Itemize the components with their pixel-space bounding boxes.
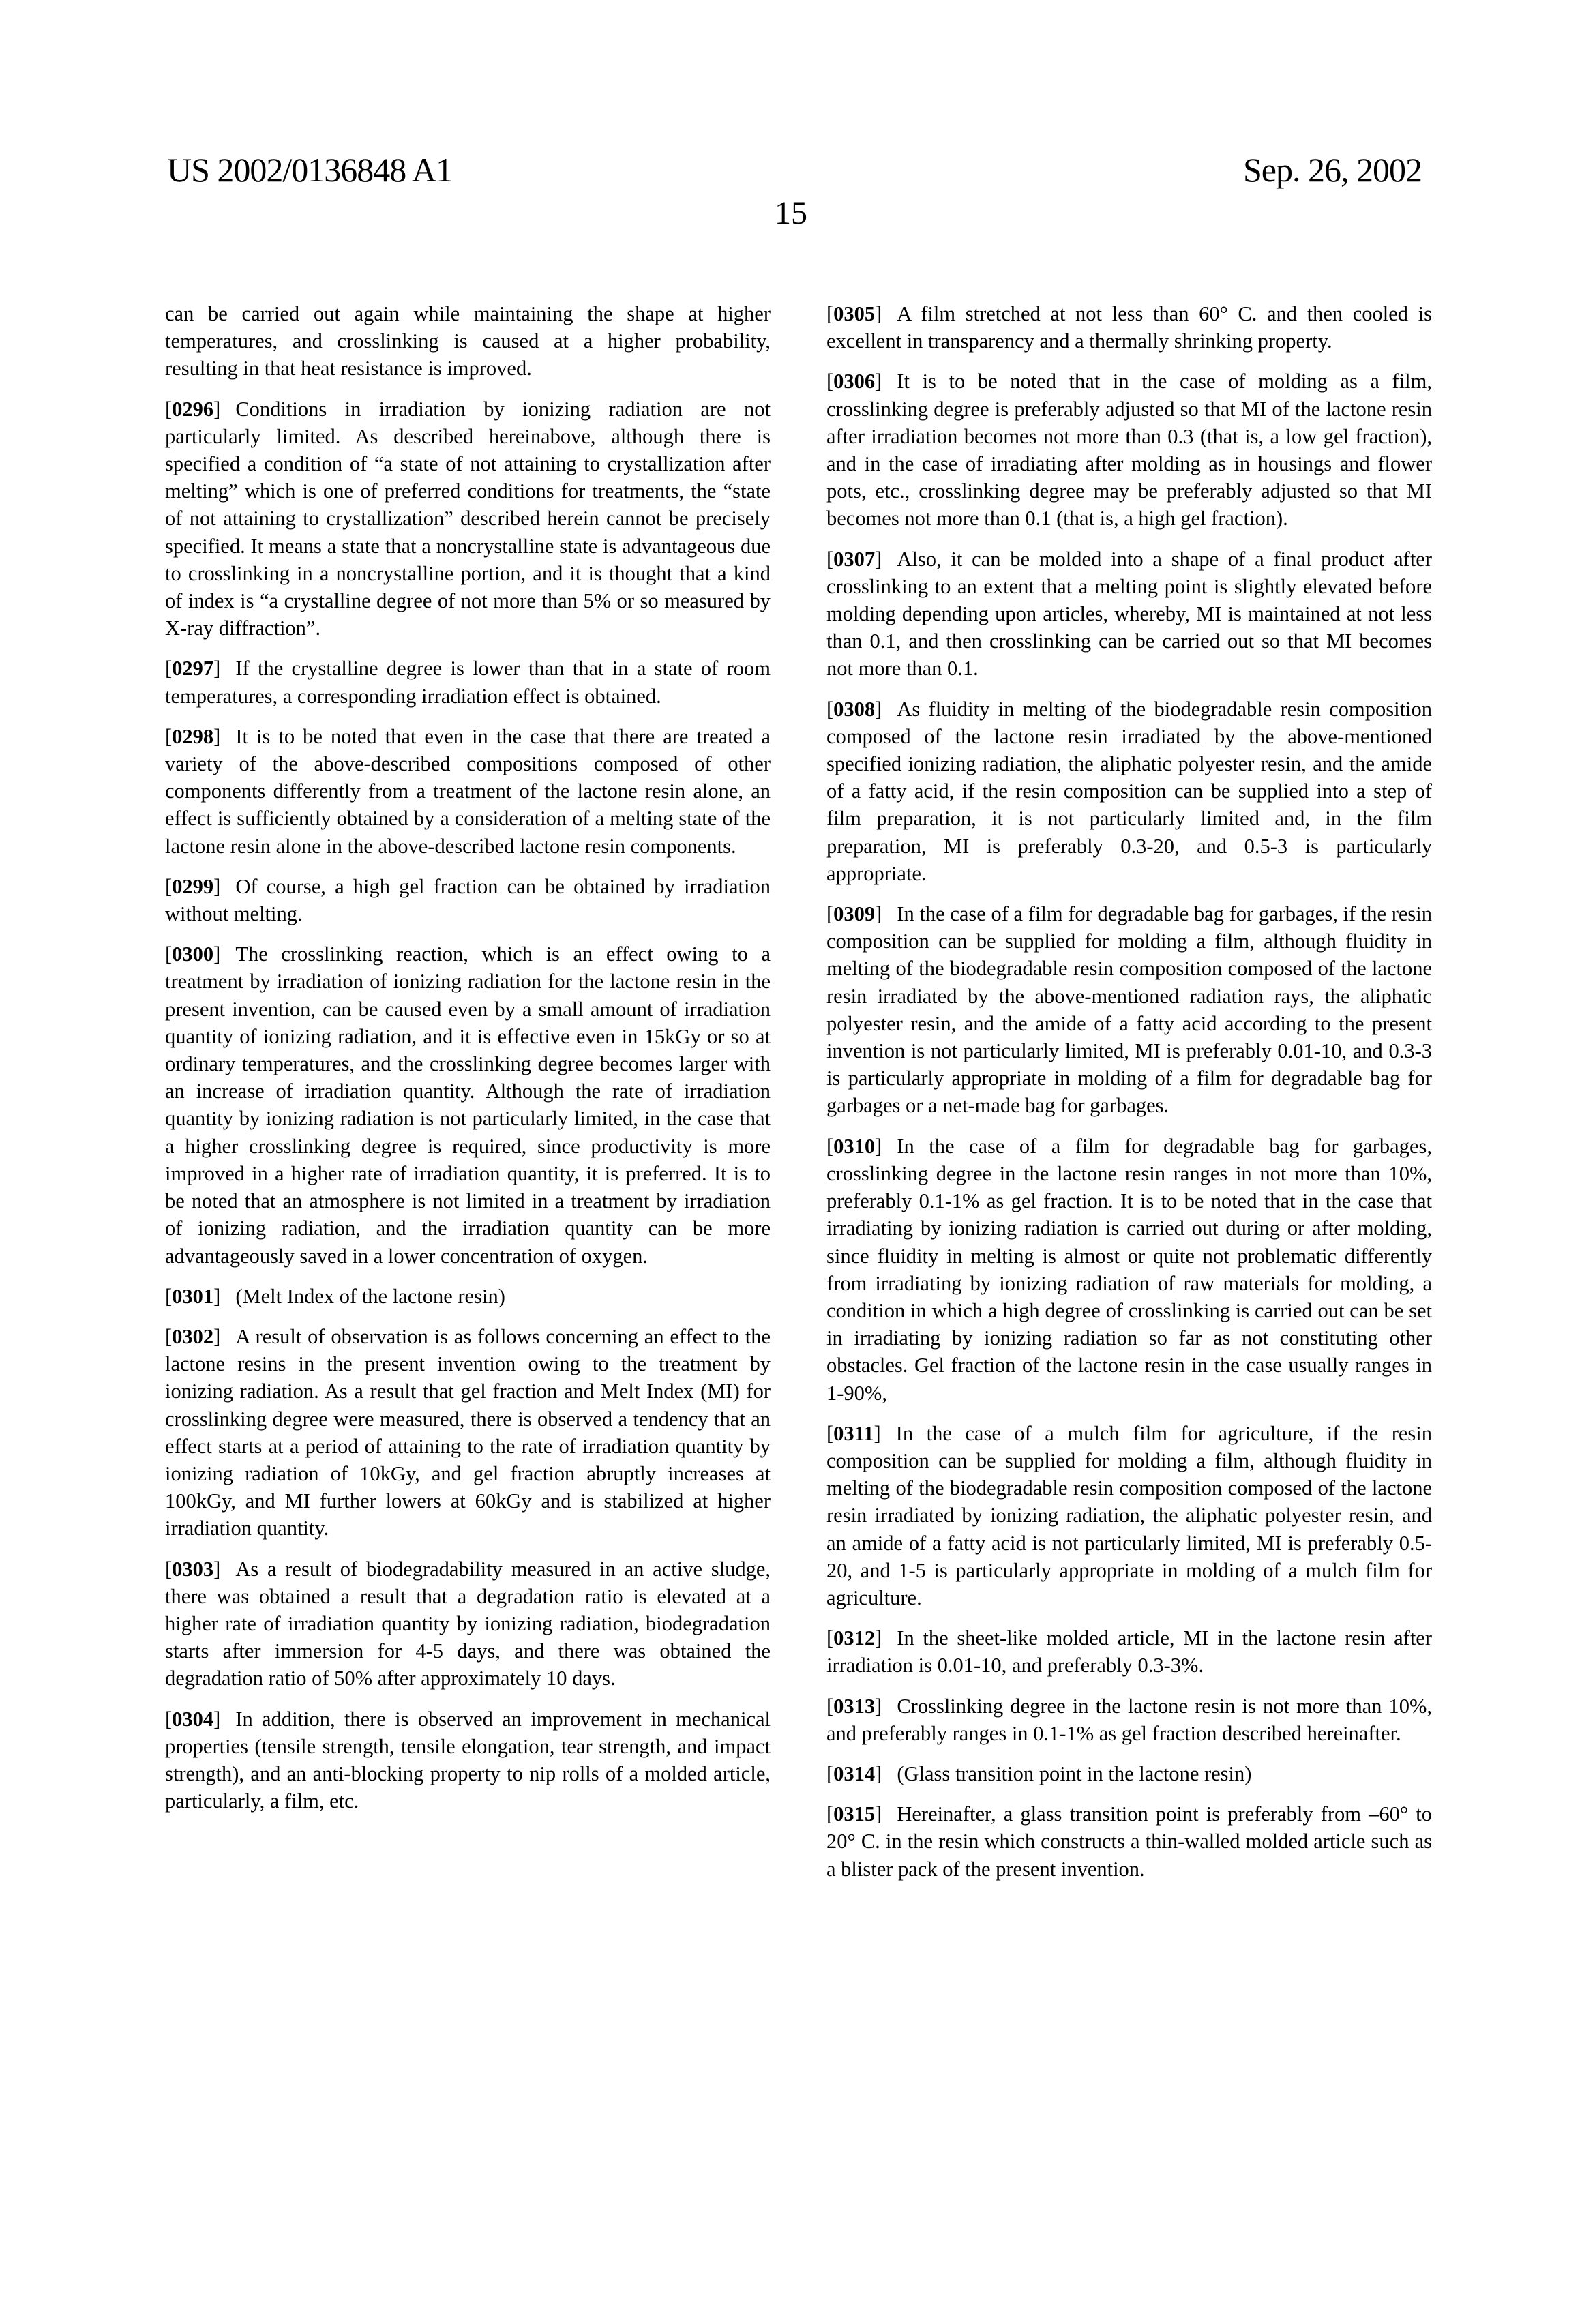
paragraph-number: [0299] xyxy=(165,875,220,898)
paragraph-text: As fluidity in melting of the biodegrada… xyxy=(826,698,1432,885)
paragraph-number: [0310] xyxy=(826,1135,882,1158)
paragraph-text: A result of observation is as follows co… xyxy=(165,1325,771,1540)
paragraph-text: In addition, there is observed an improv… xyxy=(165,1708,771,1813)
right-column: [0305]A film stretched at not less than … xyxy=(826,300,1432,1896)
paragraph-number: [0308] xyxy=(826,698,882,721)
page-number: 15 xyxy=(0,194,1582,232)
paragraph-0313: [0313]Crosslinking degree in the lactone… xyxy=(826,1693,1432,1747)
paragraph-text: It is to be noted that even in the case … xyxy=(165,725,771,858)
paragraph-number: [0300] xyxy=(165,942,220,966)
paragraph-0299: [0299]Of course, a high gel fraction can… xyxy=(165,873,771,927)
paragraph-number: [0311] xyxy=(826,1422,881,1445)
paragraph-number: [0302] xyxy=(165,1325,220,1348)
paragraph-0304: [0304]In addition, there is observed an … xyxy=(165,1705,771,1815)
paragraph-0305: [0305]A film stretched at not less than … xyxy=(826,300,1432,355)
paragraph-text: Hereinafter, a glass transition point is… xyxy=(826,1802,1432,1880)
paragraph-0315: [0315]Hereinafter, a glass transition po… xyxy=(826,1800,1432,1883)
paragraph-0310: [0310]In the case of a film for degradab… xyxy=(826,1133,1432,1407)
paragraph-0314: [0314](Glass transition point in the lac… xyxy=(826,1760,1432,1787)
paragraph-number: [0305] xyxy=(826,302,882,325)
paragraph-0297: [0297]If the crystalline degree is lower… xyxy=(165,655,771,709)
paragraph-0298: [0298]It is to be noted that even in the… xyxy=(165,723,771,860)
paragraph-text: In the case of a mulch film for agricult… xyxy=(826,1422,1432,1609)
paragraph-number: [0297] xyxy=(165,657,220,680)
paragraph-0303: [0303]As a result of biodegradability me… xyxy=(165,1555,771,1693)
publication-date: Sep. 26, 2002 xyxy=(1243,150,1422,190)
paragraph-0312: [0312]In the sheet-like molded article, … xyxy=(826,1624,1432,1679)
left-column: can be carried out again while maintaini… xyxy=(165,300,771,1828)
paragraph-number: [0304] xyxy=(165,1708,220,1731)
paragraph-0306: [0306]It is to be noted that in the case… xyxy=(826,368,1432,532)
paragraph-number: [0309] xyxy=(826,902,882,925)
paragraph-text: In the case of a film for degradable bag… xyxy=(826,902,1432,1117)
paragraph-text: As a result of biodegradability measured… xyxy=(165,1558,771,1690)
paragraph-number: [0314] xyxy=(826,1762,882,1785)
paragraph-text: Also, it can be molded into a shape of a… xyxy=(826,548,1432,681)
paragraph-text: Crosslinking degree in the lactone resin… xyxy=(826,1695,1432,1745)
paragraph-number: [0312] xyxy=(826,1626,882,1650)
paragraph-number: [0303] xyxy=(165,1558,220,1581)
paragraph-text: A film stretched at not less than 60° C.… xyxy=(826,302,1432,353)
paragraph-number: [0315] xyxy=(826,1802,882,1826)
paragraph-continuation: can be carried out again while maintaini… xyxy=(165,300,771,383)
paragraph-number: [0307] xyxy=(826,548,882,571)
paragraph-0308: [0308]As fluidity in melting of the biod… xyxy=(826,696,1432,887)
paragraph-0311: [0311]In the case of a mulch film for ag… xyxy=(826,1420,1432,1611)
publication-number: US 2002/0136848 A1 xyxy=(167,150,452,190)
paragraph-number: [0296] xyxy=(165,398,220,421)
paragraph-text: Of course, a high gel fraction can be ob… xyxy=(165,875,771,925)
paragraph-number: [0313] xyxy=(826,1695,882,1718)
paragraph-text: (Glass transition point in the lactone r… xyxy=(897,1762,1251,1785)
paragraph-text: The crosslinking reaction, which is an e… xyxy=(165,942,771,1267)
paragraph-0300: [0300]The crosslinking reaction, which i… xyxy=(165,940,771,1269)
paragraph-text: Conditions in irradiation by ionizing ra… xyxy=(165,398,771,640)
paragraph-0301: [0301](Melt Index of the lactone resin) xyxy=(165,1283,771,1310)
paragraph-0296: [0296]Conditions in irradiation by ioniz… xyxy=(165,396,771,642)
paragraph-text: (Melt Index of the lactone resin) xyxy=(235,1285,505,1308)
paragraph-number: [0301] xyxy=(165,1285,220,1308)
paragraph-text: In the sheet-like molded article, MI in … xyxy=(826,1626,1432,1677)
paragraph-text: In the case of a film for degradable bag… xyxy=(826,1135,1432,1405)
paragraph-text: It is to be noted that in the case of mo… xyxy=(826,370,1432,530)
paragraph-text: can be carried out again while maintaini… xyxy=(165,302,771,380)
paragraph-number: [0298] xyxy=(165,725,220,748)
paragraph-text: If the crystalline degree is lower than … xyxy=(165,657,771,707)
paragraph-0309: [0309]In the case of a film for degradab… xyxy=(826,900,1432,1120)
paragraph-0302: [0302]A result of observation is as foll… xyxy=(165,1323,771,1543)
paragraph-number: [0306] xyxy=(826,370,882,393)
paragraph-0307: [0307]Also, it can be molded into a shap… xyxy=(826,546,1432,683)
